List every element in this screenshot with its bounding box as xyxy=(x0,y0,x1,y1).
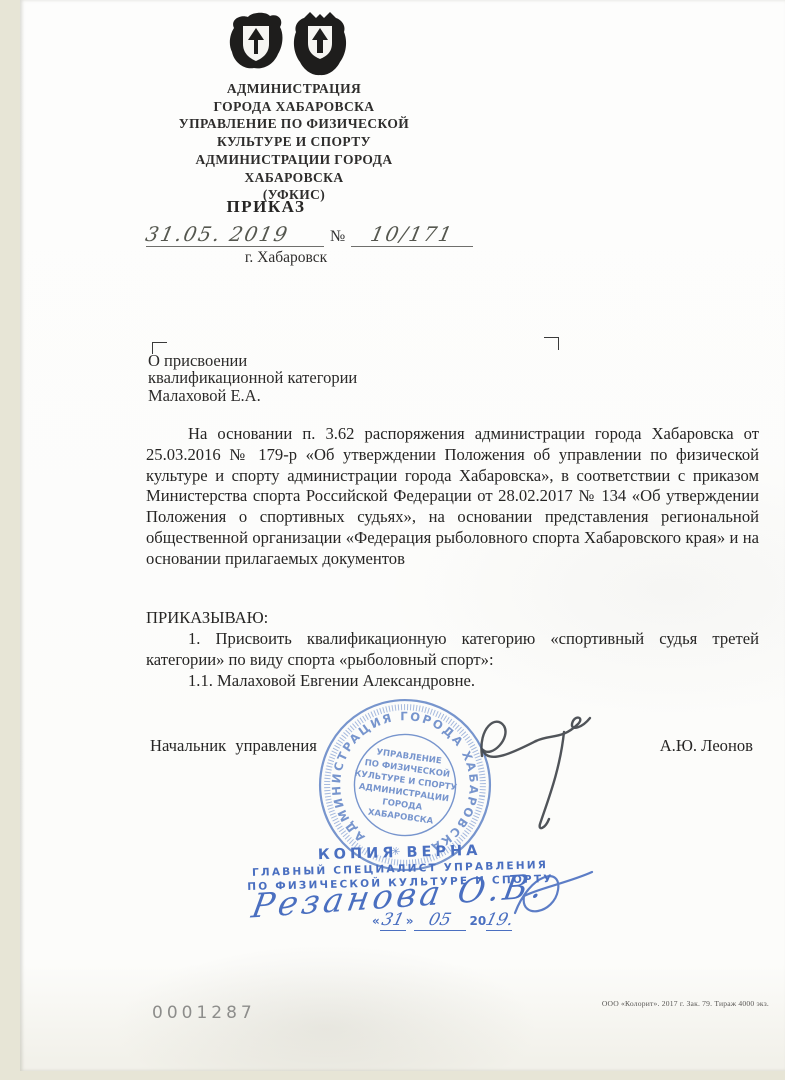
subject-line: Малаховой Е.А. xyxy=(148,387,448,404)
date-month-field: 05 xyxy=(414,910,466,931)
handwritten-date: 31.05. 2019 xyxy=(143,222,291,246)
copy-stamp-date: «31»052019. xyxy=(372,910,512,931)
date-day-field: 31 xyxy=(380,910,406,931)
date-year-field: 19. xyxy=(486,910,512,931)
signer-name: А.Ю. Леонов xyxy=(660,736,753,756)
date-field: 31.05. 2019 xyxy=(146,222,324,247)
stamp-center-line: ХАБАРОВСКА xyxy=(367,808,434,827)
letterhead-emblems xyxy=(226,10,356,80)
coat-of-arms-left-icon xyxy=(226,10,356,80)
signature-specialist-flourish xyxy=(500,858,600,943)
number-field: 10/171 xyxy=(351,222,473,247)
letterhead-org-name: АДМИНИСТРАЦИЯ ГОРОДА ХАБАРОВСКА УПРАВЛЕН… xyxy=(118,80,470,204)
date-close-quote: » xyxy=(406,914,414,928)
preamble-paragraph: На основании п. 3.62 распоряжения админи… xyxy=(146,424,759,570)
handwritten-number: 10/171 xyxy=(369,222,456,246)
org-line: УПРАВЛЕНИЕ ПО ФИЗИЧЕСКОЙ xyxy=(118,115,470,133)
handwritten-month: 05 xyxy=(426,910,453,930)
org-line: ХАБАРОВСКА xyxy=(118,169,470,187)
handwritten-day: 31 xyxy=(379,910,406,930)
signer-position: Начальник управления xyxy=(150,736,317,756)
document-type-title: ПРИКАЗ xyxy=(146,197,386,217)
subject-line: О присвоении xyxy=(148,352,448,369)
org-line: АДМИНИСТРАЦИЯ xyxy=(118,80,470,98)
order-item-1: 1. Присвоить квалификационную категорию … xyxy=(146,629,759,671)
order-word: ПРИКАЗЫВАЮ: xyxy=(146,608,759,628)
date-year-prefix: 20 xyxy=(466,914,487,928)
number-sign: № xyxy=(324,228,351,247)
date-number-row: 31.05. 2019 № 10/171 xyxy=(146,222,476,247)
printing-house-line: ООО «Колорит». 2017 г. Зак. 79. Тираж 40… xyxy=(602,999,769,1008)
form-serial-number: 0001287 xyxy=(152,1003,256,1023)
subject-block: О присвоении квалификационной категории … xyxy=(148,352,448,404)
city-label: г. Хабаровск xyxy=(146,249,426,267)
handwritten-year: 19. xyxy=(484,910,516,930)
org-line: ГОРОДА ХАБАРОВСКА xyxy=(118,98,470,116)
org-line: КУЛЬТУРЕ И СПОРТУ xyxy=(118,133,470,151)
date-open-quote: « xyxy=(372,914,380,928)
subject-line: квалификационной категории xyxy=(148,369,448,386)
scanned-order-document: { "letterhead": { "org_lines": [ "АДМИНИ… xyxy=(0,0,785,1080)
corner-mark-right xyxy=(544,337,559,350)
signature-leonov xyxy=(452,678,622,843)
org-line: АДМИНИСТРАЦИИ ГОРОДА xyxy=(118,151,470,169)
